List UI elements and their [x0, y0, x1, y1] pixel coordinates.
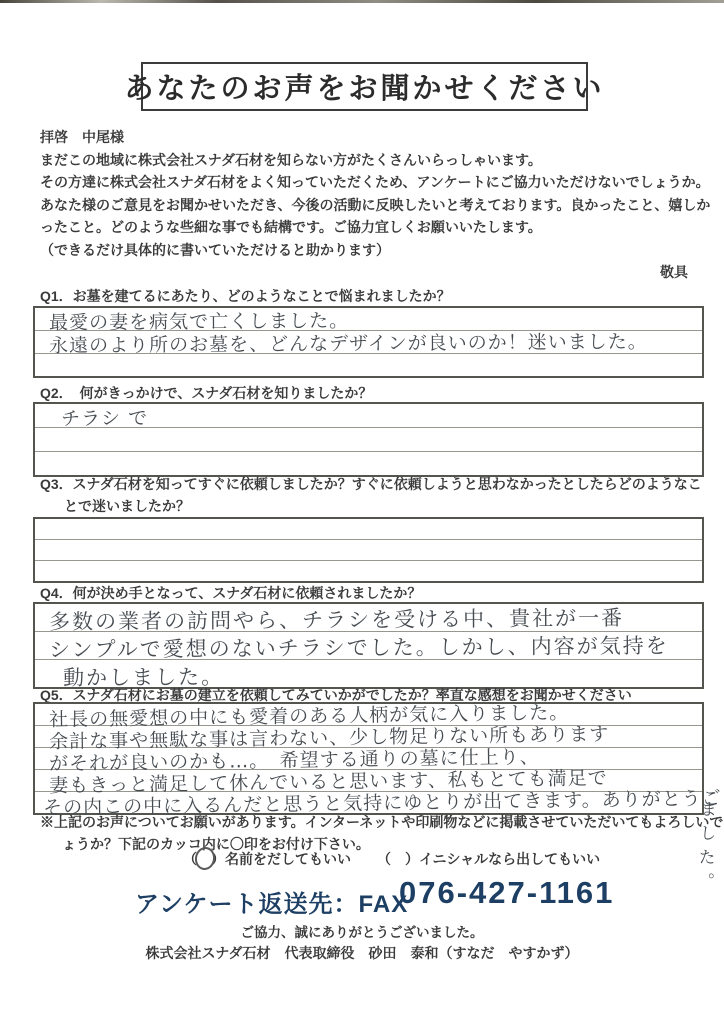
company-line: 株式会社スナダ石材 代表取締役 砂田 泰和（すなだ やすかず） — [0, 943, 724, 963]
answer-line: 永遠のより所のお墓を、どんなデザインが良いのか！迷いました。 — [35, 331, 702, 354]
answer-line — [35, 561, 702, 581]
greeting-line: まだこの地域に株式会社スナダ石材を知らない方がたくさんいらっしゃいます。 — [40, 149, 702, 172]
greeting-line: （できるだけ具体的に書いていただけると助かります） — [40, 239, 702, 262]
answer-line — [35, 354, 702, 376]
publish-options: （ ）名前をだしてもいい （ ）イニシャルなら出してもいい — [183, 849, 600, 869]
question-3-label-line2: とで迷いましたか？ — [64, 496, 190, 516]
question-2-label: Q2． 何がきっかけで、スナダ石材を知りましたか？ — [40, 383, 372, 403]
greeting-line: ったこと。どのような些細な事でも結構です。ご協力宜しくお願いいたします。 — [40, 216, 702, 239]
answer-line: シンプルで愛想のないチラシでした。しかし、内容が気持を — [35, 632, 702, 660]
question-4-answer-box: 多数の業者の訪問やら、チラシを受ける中、貴社が一番 シンプルで愛想のないチラシで… — [33, 602, 704, 689]
question-3-answer-box — [33, 517, 704, 583]
question-1-answer-box: 最愛の妻を病気で亡くしました。 永遠のより所のお墓を、どんなデザインが良いのか！… — [33, 306, 704, 378]
answer-line: チラシ で — [35, 404, 702, 428]
question-3-label: Q3．スナダ石材を知ってすぐに依頼しましたか？すぐに依頼しようと思わなかったとし… — [40, 474, 702, 494]
question-4-label: Q4．何が決め手となって、スナダ石材に依頼されましたか？ — [40, 583, 421, 603]
answer-line: その内この中に入るんだと思うと気持にゆとりが出てきます。ありがとうござい — [35, 792, 702, 813]
scan-artifact-top-edge — [0, 0, 724, 3]
greeting-paragraph: 拝啓 中尾様 まだこの地域に株式会社スナダ石材を知らない方がたくさんいらっしゃい… — [40, 126, 702, 262]
question-5-answer-box: 社長の無愛想の中にも愛着のある人柄が気に入りました。 余計な事や無駄な事は言わな… — [33, 702, 704, 815]
publish-note-line1: ※上記のお声についてお願いがあります。インターネットや印刷物などに掲載させていた… — [40, 812, 724, 832]
fax-number: 076-427-1161 — [399, 875, 614, 911]
question-2-answer-box: チラシ で — [33, 402, 704, 477]
option-show-initial: （ ）イニシャルなら出してもいい — [377, 849, 600, 869]
answer-line — [35, 428, 702, 452]
answer-line: 多数の業者の訪問やら、チラシを受ける中、貴社が一番 — [35, 604, 702, 632]
greeting-line: あなた様のご意見をお聞かせいただき、今後の活動に反映したいと考えております。良か… — [40, 194, 702, 217]
greeting-salutation: 拝啓 中尾様 — [40, 126, 702, 149]
closing-keigu: 敬具 — [660, 262, 688, 282]
answer-line — [35, 540, 702, 561]
handwritten-answer: チラシ で — [61, 403, 148, 431]
questionnaire-scan-page: あなたのお声をお聞かせください 拝啓 中尾様 まだこの地域に株式会社スナダ石材を… — [0, 0, 724, 1024]
handwritten-answer: シンプルで愛想のないチラシでした。しかし、内容が気持を — [49, 630, 669, 664]
answer-line — [35, 452, 702, 475]
thanks-line: ご協力、誠にありがとうございました。 — [0, 921, 724, 941]
answer-line: 動かしました。 — [35, 660, 702, 687]
question-1-label: Q1．お墓を建てるにあたり、どのようなことで悩まれましたか？ — [40, 286, 451, 306]
form-title-box: あなたのお声をお聞かせください — [141, 62, 588, 111]
fax-return-label: アンケート返送先：FAX — [135, 884, 408, 919]
answer-line — [35, 519, 702, 540]
form-title: あなたのお声をお聞かせください — [125, 66, 605, 107]
greeting-line: その方達に株式会社スナダ石材をよく知っていただくため、アンケートにご協力いただけ… — [40, 171, 702, 194]
